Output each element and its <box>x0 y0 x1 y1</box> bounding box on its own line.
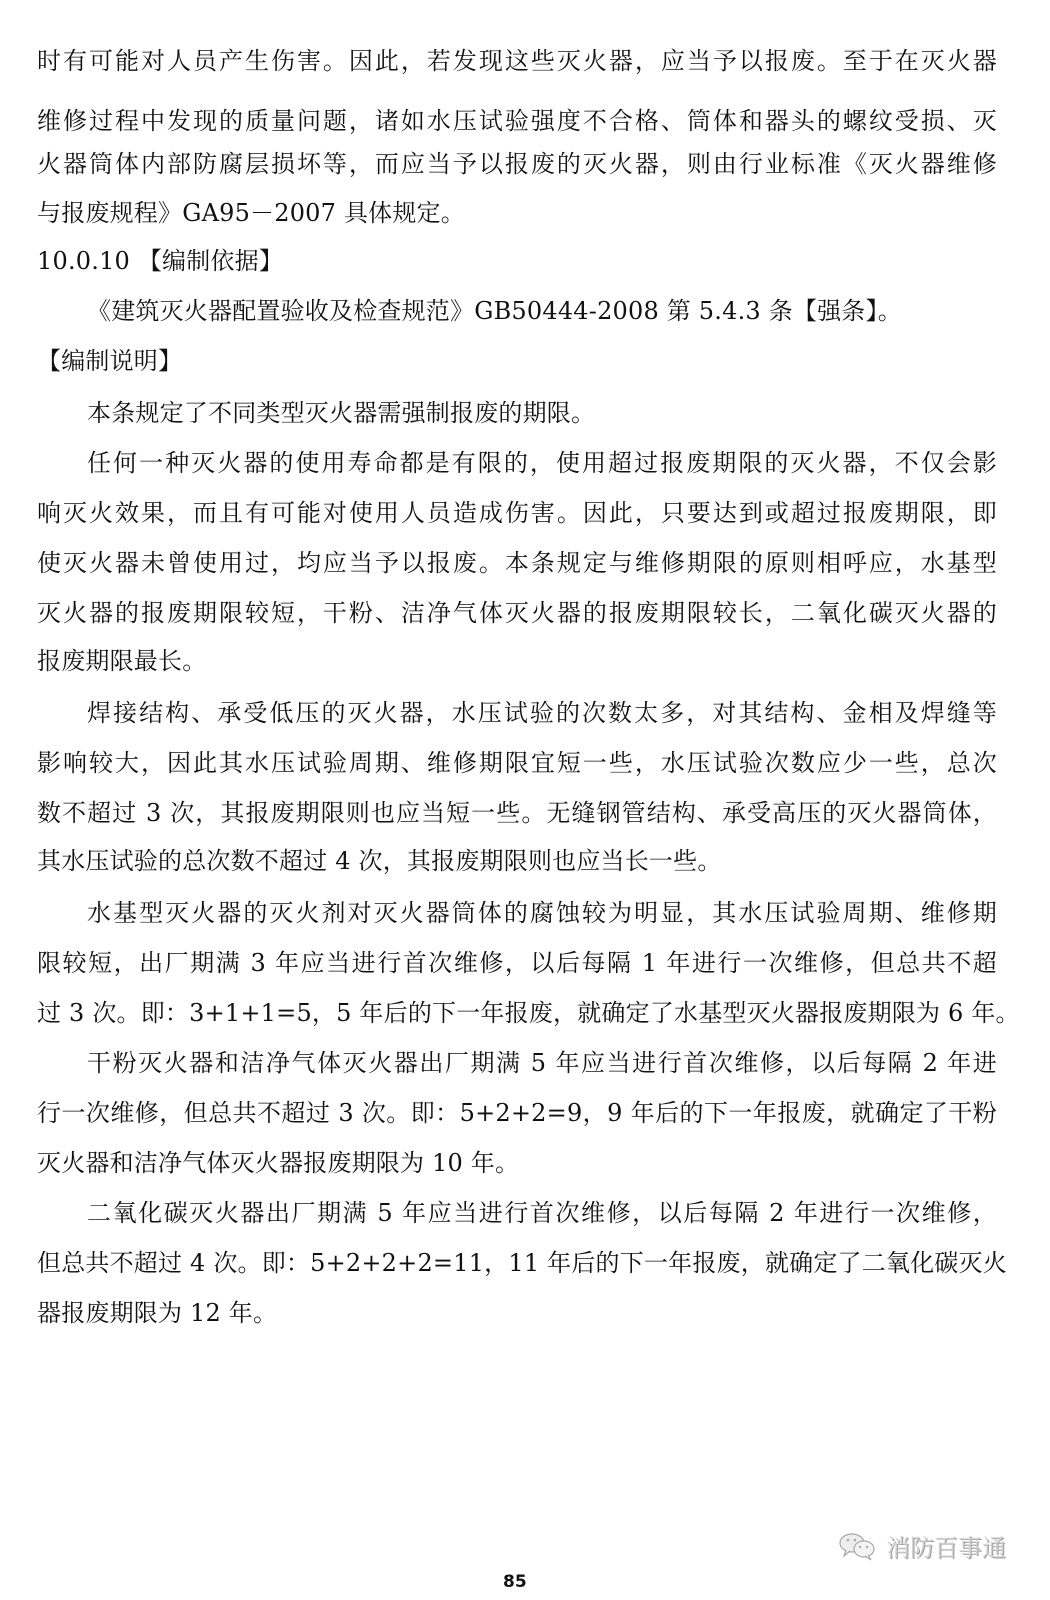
paragraph-line: 灭火器和洁净气体灭火器报废期限为 10 年。 <box>37 1147 519 1179</box>
paragraph-line: 二氧化碳灭火器出厂期满 5 年应当进行首次维修，以后每隔 2 年进行一次维修， <box>87 1197 997 1229</box>
paragraph-line: 行一次维修，但总共不超过 3 次。即：5+2+2=9，9 年后的下一年报废，就确… <box>37 1097 997 1129</box>
section-number-heading: 10.0.10 【编制依据】 <box>37 245 283 277</box>
paragraph-line: 过 3 次。即：3+1+1=5，5 年后的下一年报废，就确定了水基型灭火器报废期… <box>37 997 997 1029</box>
watermark-text: 消防百事通 <box>886 1528 1006 1563</box>
section-heading-explanation: 【编制说明】 <box>37 345 182 377</box>
paragraph-line: 其水压试验的总次数不超过 4 次，其报废期限则也应当长一些。 <box>37 845 722 877</box>
paragraph-line: 影响较大，因此其水压试验周期、维修期限宜短一些，水压试验次数应少一些，总次 <box>37 747 997 779</box>
paragraph-line: 干粉灭火器和洁净气体灭火器出厂期满 5 年应当进行首次维修，以后每隔 2 年进 <box>87 1047 997 1079</box>
paragraph-line: 时有可能对人员产生伤害。因此，若发现这些灭火器，应当予以报废。至于在灭火器 <box>37 45 997 77</box>
paragraph-line: 使灭火器未曾使用过，均应当予以报废。本条规定与维修期限的原则相呼应，水基型 <box>37 547 997 579</box>
document-page: 时有可能对人员产生伤害。因此，若发现这些灭火器，应当予以报废。至于在灭火器 维修… <box>0 0 1050 1600</box>
paragraph-line: 数不超过 3 次，其报废期限则也应当短一些。无缝钢管结构、承受高压的灭火器筒体， <box>37 797 997 829</box>
wechat-icon <box>838 1531 878 1561</box>
paragraph-line: 但总共不超过 4 次。即：5+2+2+2=11，11 年后的下一年报废，就确定了… <box>37 1247 997 1279</box>
page-number: 85 <box>503 1572 527 1592</box>
paragraph-line: 限较短，出厂期满 3 年应当进行首次维修，以后每隔 1 年进行一次维修，但总共不… <box>37 947 997 979</box>
paragraph-line: 任何一种灭火器的使用寿命都是有限的，使用超过报废期限的灭火器，不仅会影 <box>87 447 997 479</box>
paragraph-line: 火器筒体内部防腐层损坏等，而应当予以报废的灭火器，则由行业标准《灭火器维修 <box>37 148 997 180</box>
paragraph-line: 水基型灭火器的灭火剂对灭火器筒体的腐蚀较为明显，其水压试验周期、维修期 <box>87 897 997 929</box>
paragraph-line: 维修过程中发现的质量问题，诸如水压试验强度不合格、筒体和器头的螺纹受损、灭 <box>37 105 997 137</box>
paragraph-line: 本条规定了不同类型灭火器需强制报废的期限。 <box>87 397 595 429</box>
paragraph-line: 与报废规程》GA95－2007 具体规定。 <box>37 197 465 229</box>
paragraph-line: 响灭火效果，而且有可能对使用人员造成伤害。因此，只要达到或超过报废期限，即 <box>37 497 997 529</box>
reference-citation: 《建筑灭火器配置验收及检查规范》GB50444-2008 第 5.4.3 条【强… <box>87 295 902 327</box>
paragraph-line: 器报废期限为 12 年。 <box>37 1297 277 1329</box>
watermark: 消防百事通 <box>838 1528 1006 1563</box>
paragraph-line: 报废期限最长。 <box>37 645 206 677</box>
paragraph-line: 焊接结构、承受低压的灭火器，水压试验的次数太多，对其结构、金相及焊缝等 <box>87 697 997 729</box>
paragraph-line: 灭火器的报废期限较短，干粉、洁净气体灭火器的报废期限较长，二氧化碳灭火器的 <box>37 597 997 629</box>
